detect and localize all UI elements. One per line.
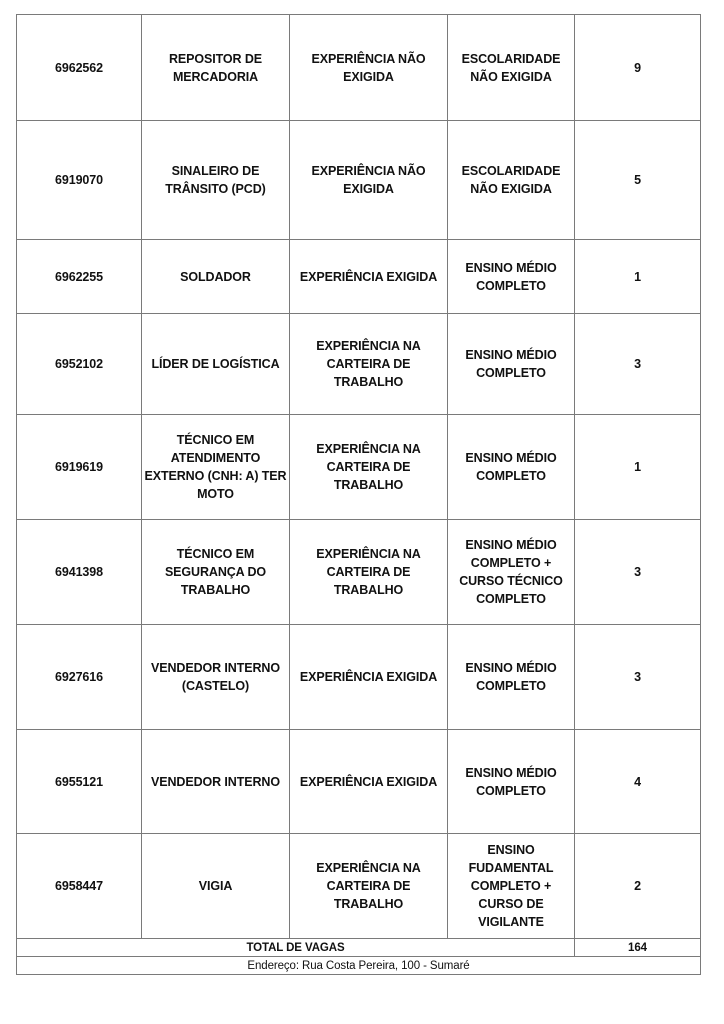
job-role: VENDEDOR INTERNO [142, 730, 290, 834]
job-role: SOLDADOR [142, 240, 290, 314]
job-experience: EXPERIÊNCIA EXIGIDA [290, 240, 448, 314]
job-role: REPOSITOR DEMERCADORIA [142, 15, 290, 121]
total-label: TOTAL DE VAGAS [17, 939, 575, 957]
table-row: 6919070SINALEIRO DETRÂNSITO (PCD)EXPERIÊ… [17, 121, 701, 240]
job-vacancies: 3 [575, 520, 701, 625]
job-role: TÉCNICO EMSEGURANÇA DOTRABALHO [142, 520, 290, 625]
job-experience: EXPERIÊNCIA EXIGIDA [290, 625, 448, 730]
job-education: ENSINO MÉDIOCOMPLETO [448, 625, 575, 730]
job-vacancies-table: 6962562REPOSITOR DEMERCADORIAEXPERIÊNCIA… [16, 14, 701, 975]
job-education: ENSINO MÉDIOCOMPLETO [448, 730, 575, 834]
table-row: 6941398TÉCNICO EMSEGURANÇA DOTRABALHOEXP… [17, 520, 701, 625]
table-row: 6952102LÍDER DE LOGÍSTICAEXPERIÊNCIA NAC… [17, 314, 701, 415]
job-vacancies: 5 [575, 121, 701, 240]
job-code: 6952102 [17, 314, 142, 415]
job-vacancies: 3 [575, 314, 701, 415]
job-vacancies: 2 [575, 834, 701, 939]
job-education: ENSINO MÉDIOCOMPLETO [448, 240, 575, 314]
job-code: 6941398 [17, 520, 142, 625]
job-education: ENSINO MÉDIOCOMPLETO [448, 314, 575, 415]
job-experience: EXPERIÊNCIA NACARTEIRA DE TRABALHO [290, 834, 448, 939]
total-row: TOTAL DE VAGAS 164 [17, 939, 701, 957]
address-row: Endereço: Rua Costa Pereira, 100 - Sumar… [17, 957, 701, 975]
job-experience: EXPERIÊNCIA NACARTEIRA DE TRABALHO [290, 415, 448, 520]
job-code: 6919070 [17, 121, 142, 240]
address-text: Endereço: Rua Costa Pereira, 100 - Sumar… [17, 957, 701, 975]
job-role: VIGIA [142, 834, 290, 939]
job-code: 6962255 [17, 240, 142, 314]
job-education: ENSINO MÉDIOCOMPLETO [448, 415, 575, 520]
job-experience: EXPERIÊNCIA NÃOEXIGIDA [290, 15, 448, 121]
table-row: 6962255SOLDADOREXPERIÊNCIA EXIGIDAENSINO… [17, 240, 701, 314]
job-code: 6919619 [17, 415, 142, 520]
job-vacancies: 1 [575, 415, 701, 520]
table-row: 6962562REPOSITOR DEMERCADORIAEXPERIÊNCIA… [17, 15, 701, 121]
table-row: 6927616VENDEDOR INTERNO(CASTELO)EXPERIÊN… [17, 625, 701, 730]
table-row: 6958447VIGIAEXPERIÊNCIA NACARTEIRA DE TR… [17, 834, 701, 939]
job-code: 6958447 [17, 834, 142, 939]
job-role: TÉCNICO EMATENDIMENTOEXTERNO (CNH: A) TE… [142, 415, 290, 520]
job-vacancies: 3 [575, 625, 701, 730]
job-code: 6955121 [17, 730, 142, 834]
table-row: 6919619TÉCNICO EMATENDIMENTOEXTERNO (CNH… [17, 415, 701, 520]
job-code: 6962562 [17, 15, 142, 121]
job-experience: EXPERIÊNCIA NACARTEIRA DE TRABALHO [290, 520, 448, 625]
job-role: SINALEIRO DETRÂNSITO (PCD) [142, 121, 290, 240]
job-experience: EXPERIÊNCIA NACARTEIRA DE TRABALHO [290, 314, 448, 415]
job-code: 6927616 [17, 625, 142, 730]
total-value: 164 [575, 939, 701, 957]
job-education: ENSINO MÉDIOCOMPLETO +CURSO TÉCNICOCOMPL… [448, 520, 575, 625]
table-row: 6955121VENDEDOR INTERNOEXPERIÊNCIA EXIGI… [17, 730, 701, 834]
job-education: ESCOLARIDADENÃO EXIGIDA [448, 121, 575, 240]
job-rows: 6962562REPOSITOR DEMERCADORIAEXPERIÊNCIA… [17, 15, 701, 939]
job-vacancies: 1 [575, 240, 701, 314]
job-vacancies: 4 [575, 730, 701, 834]
job-education: ESCOLARIDADENÃO EXIGIDA [448, 15, 575, 121]
job-experience: EXPERIÊNCIA EXIGIDA [290, 730, 448, 834]
job-role: VENDEDOR INTERNO(CASTELO) [142, 625, 290, 730]
job-experience: EXPERIÊNCIA NÃOEXIGIDA [290, 121, 448, 240]
job-vacancies: 9 [575, 15, 701, 121]
job-role: LÍDER DE LOGÍSTICA [142, 314, 290, 415]
job-education: ENSINOFUDAMENTALCOMPLETO +CURSO DEVIGILA… [448, 834, 575, 939]
